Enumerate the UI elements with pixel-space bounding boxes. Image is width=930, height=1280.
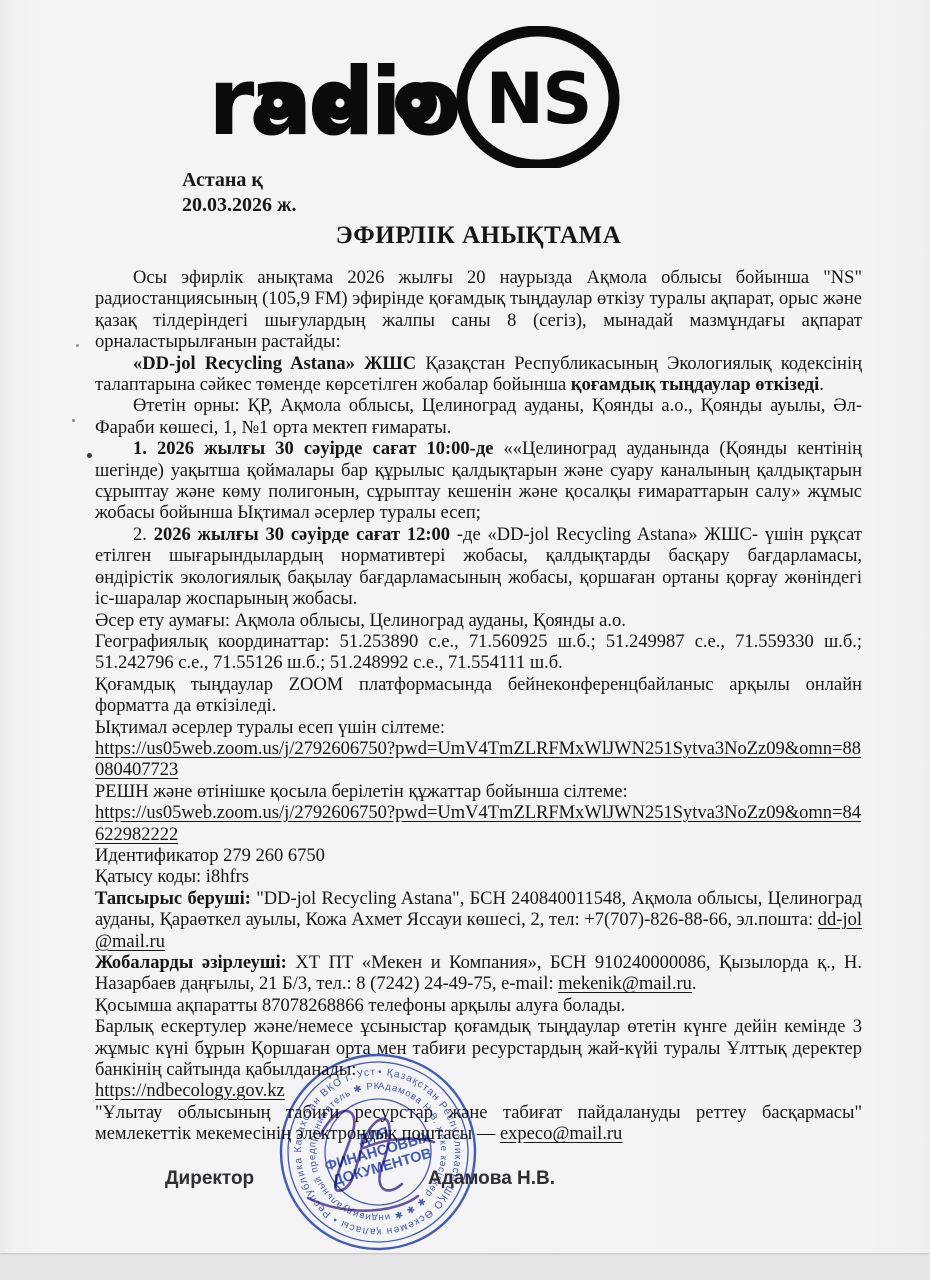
page-title: ЭФИРЛІК АНЫҚТАМА: [95, 222, 862, 250]
coordinates: Географиялық координаттар: 51.253890 с.е…: [95, 632, 862, 675]
header-block: Астана қ 20.03.2026 ж.: [182, 168, 297, 218]
header-city: Астана қ: [182, 168, 297, 193]
zoom-link-1: https://us05web.zoom.us/j/2792606750?pwd…: [95, 739, 862, 782]
hyperlink[interactable]: mekenik@mail.ru: [558, 974, 692, 994]
record-d-hole: [336, 99, 345, 108]
scan-speck: [72, 419, 75, 422]
director-name: Адамова Н.В.: [428, 1168, 555, 1190]
access-code: Қатысу коды: i8hfrs: [95, 867, 862, 888]
hyperlink[interactable]: https://ndbecology.gov.kz: [95, 1081, 285, 1101]
hyperlink[interactable]: https://us05web.zoom.us/j/2792606750?pwd…: [95, 739, 861, 780]
record-o-hole: [412, 99, 421, 108]
zoom-link-2: https://us05web.zoom.us/j/2792606750?pwd…: [95, 803, 862, 846]
additional-info: Қосымша ақпаратты 87078268866 телефоны а…: [95, 996, 862, 1017]
meeting-id: Идентификатор 279 260 6750: [95, 846, 862, 867]
scan-speck: [87, 453, 92, 458]
document-body: Осы эфирлік анықтама 2026 жылғы 20 науры…: [95, 268, 862, 1146]
director-signature: [268, 1078, 508, 1238]
customer: Тапсырыс беруші: "DD-jol Recycling Astan…: [95, 889, 862, 953]
impact-area: Әсер ету аумағы: Ақмола облысы, Целиногр…: [95, 611, 862, 632]
logo-ns: NS: [486, 58, 591, 140]
company-statement: «DD-jol Recycling Astana» ЖШС Қазақстан …: [95, 354, 862, 397]
venue: Өтетін орны: ҚР, Ақмола облысы, Целиногр…: [95, 396, 862, 439]
scan-speck: [76, 344, 79, 347]
hyperlink[interactable]: https://us05web.zoom.us/j/2792606750?pwd…: [95, 803, 861, 844]
report-link-label: Ықтимал әсерлер туралы есеп үшін сілтеме…: [95, 718, 862, 739]
hearing-item-1: 1. 2026 жылғы 30 сәуірде сағат 10:00-де …: [95, 439, 862, 525]
zoom-online-note: Қоғамдық тыңдаулар ZOOM платформасында б…: [95, 675, 862, 718]
developer: Жобаларды әзірлеуші: ХТ ПТ «Мекен и Комп…: [95, 953, 862, 996]
paper-sheet: radio NS Астана қ 20.03.2026 ж. ЭФИРЛІК …: [0, 0, 930, 1253]
scanned-document-page: radio NS Астана қ 20.03.2026 ж. ЭФИРЛІК …: [0, 0, 930, 1280]
header-date: 20.03.2026 ж.: [182, 193, 297, 218]
radio-ns-logo-icon: radio NS: [208, 26, 638, 168]
director-label: Директор: [165, 1168, 254, 1190]
radio-ns-logo: radio NS: [208, 26, 638, 168]
hearing-item-2: 2. 2026 жылғы 30 сәуірде сағат 12:00 -де…: [95, 525, 862, 611]
intro-paragraph: Осы эфирлік анықтама 2026 жылғы 20 науры…: [95, 268, 862, 354]
hyperlink[interactable]: expeco@mail.ru: [500, 1124, 622, 1144]
record-a-hole: [274, 99, 283, 108]
documents-link-label: РЕШН және өтінішке қосыла берілетін құжа…: [95, 782, 862, 803]
